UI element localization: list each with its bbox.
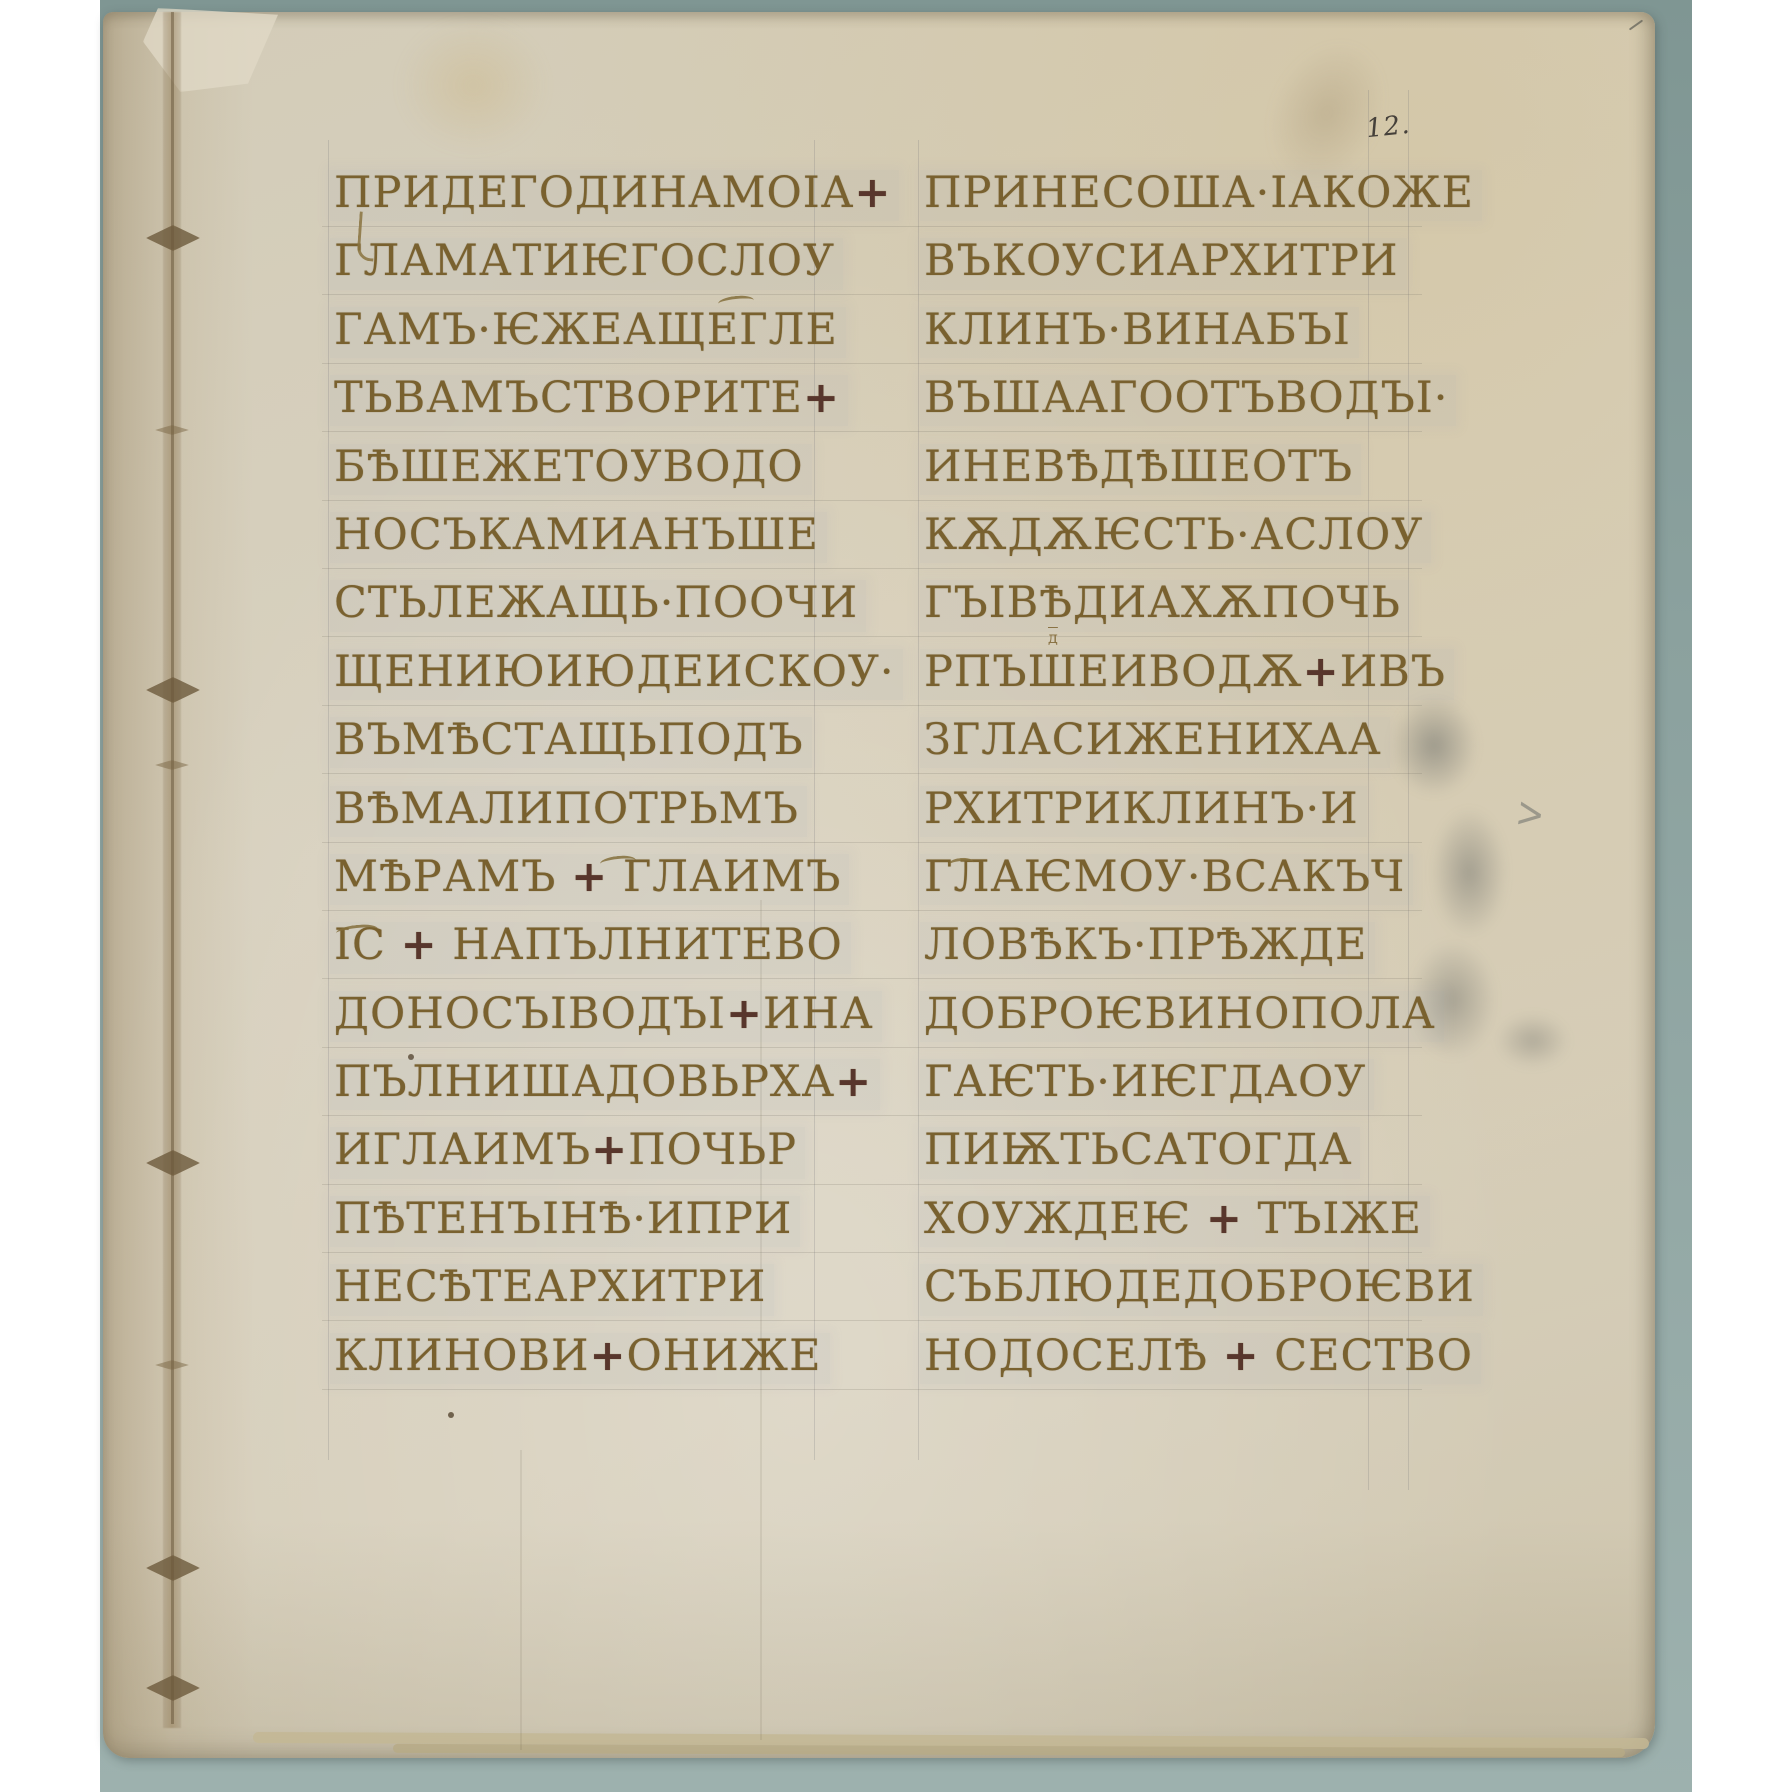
crease — [520, 1450, 522, 1750]
ruling-vertical — [328, 140, 329, 1460]
manuscript-line: РПЪШЕИВОДѪ+ИВЪ — [920, 649, 1432, 717]
sewing-station — [146, 1150, 200, 1176]
speck — [448, 1412, 454, 1418]
manuscript-line: ДОБРОѤВИНОПОЛА — [920, 991, 1432, 1059]
ruling-vertical — [918, 140, 919, 1460]
sewing-tick — [155, 1360, 189, 1370]
paragraph-flourish — [356, 211, 376, 261]
manuscript-line: ГЛАѤМОУ·ВСАКЪЧ — [920, 854, 1432, 922]
yellow-stain — [398, 18, 548, 153]
manuscript-line: МѢРАМЪ + ГЛАИМЪ — [330, 854, 830, 922]
manuscript-line: КЛИНОВИ+ОНИЖЕ — [330, 1333, 830, 1401]
manuscript-line: КЛИНЪ·ВИНАБЪІ — [920, 307, 1432, 375]
manuscript-line: ИГЛАИМЪ+ПОЧЬР — [330, 1127, 830, 1195]
manuscript-line: ТЬВАМЪСТВОРИТЕ+ — [330, 375, 830, 443]
manuscript-line: ВѢМАЛИПОТРЬМЪ — [330, 786, 830, 854]
manuscript-line: ХОУЖДЕѤ + ТЪІЖЕ — [920, 1196, 1432, 1264]
manuscript-line: ЩЕНИЮИЮДЕИСКОУ· — [330, 649, 830, 717]
folio-number: 12. — [1365, 110, 1412, 144]
manuscript-line: ВЪШААГООТЪВОДЪІ· — [920, 375, 1432, 443]
sewing-tick — [155, 760, 189, 770]
manuscript-line: РХИТРИКЛИНЪ·И — [920, 786, 1432, 854]
manuscript-line: ПРИНЕСОША·ІАКОЖЕ — [920, 170, 1432, 238]
manuscript-line: ДОНОСЪІВОДЪІ+ИНА — [330, 991, 830, 1059]
interlinear-letter: д — [1048, 628, 1058, 647]
sewing-station — [146, 225, 200, 251]
manuscript-line: ПЪЛНИШАДОВЬРХА+ — [330, 1059, 830, 1127]
sewing-station — [146, 1675, 200, 1701]
manuscript-photo: 12. ПРИДЕГОДИНАМОІА+ ГЛАМАТИѤГОСЛОУ ГАМЪ… — [0, 0, 1792, 1792]
manuscript-line: ЗГЛАСИЖЕНИХАА — [920, 717, 1432, 785]
manuscript-line: БѢШЕЖЕТОУВОДО — [330, 444, 830, 512]
manuscript-line: НЕСѢТЕАРХИТРИ — [330, 1264, 830, 1332]
text-column-left: ПРИДЕГОДИНАМОІА+ ГЛАМАТИѤГОСЛОУ ГАМЪ·ѤЖЕ… — [330, 170, 830, 1401]
sewing-tick — [155, 425, 189, 435]
manuscript-line: ВЪКОУСИАРХИТРИ — [920, 238, 1432, 306]
text-column-right: ПРИНЕСОША·ІАКОЖЕ ВЪКОУСИАРХИТРИ КЛИНЪ·ВИ… — [920, 170, 1432, 1401]
manuscript-line: НОСЪКАМИАНЪШЕ — [330, 512, 830, 580]
binding-cord-line — [171, 12, 174, 1724]
manuscript-line: ВЪМѢСТАЩЬПОДЪ — [330, 717, 830, 785]
manuscript-line: ИНЕВѢДѢШЕОТЪ — [920, 444, 1432, 512]
manuscript-line: ЛОВѢКЪ·ПРѢЖДЕ — [920, 922, 1432, 990]
manuscript-line: ІС + НАПЪЛНИТЕВО — [330, 922, 830, 990]
manuscript-line: ПИѬТЬСАТОГДА — [920, 1127, 1432, 1195]
manuscript-line: СТЬЛЕЖАЩЬ·ПООЧИ — [330, 580, 830, 648]
manuscript-line: СЪБЛЮДЕДОБРОѤВИ — [920, 1264, 1432, 1332]
manuscript-line: ПРИДЕГОДИНАМОІА+ — [330, 170, 830, 238]
sewing-station — [146, 677, 200, 703]
manuscript-line: НОДОСЕЛѢ + СЕСТВО — [920, 1333, 1432, 1401]
manuscript-line: ГЛАМАТИѤГОСЛОУ — [330, 238, 830, 306]
manuscript-line: КѪДѪѤСТЬ·АСЛОУ — [920, 512, 1432, 580]
manuscript-line: ГАМЪ·ѤЖЕАЩЕГЛЕ — [330, 307, 830, 375]
manuscript-line: ПѢТЕНЪІНѢ·ИПРИ — [330, 1196, 830, 1264]
manuscript-line: ГЪІВѢДИАХѪПОЧЬ — [920, 580, 1432, 648]
manuscript-line: ГАѤТЬ·ИѤГДАОУ — [920, 1059, 1432, 1127]
sewing-station — [146, 1555, 200, 1581]
